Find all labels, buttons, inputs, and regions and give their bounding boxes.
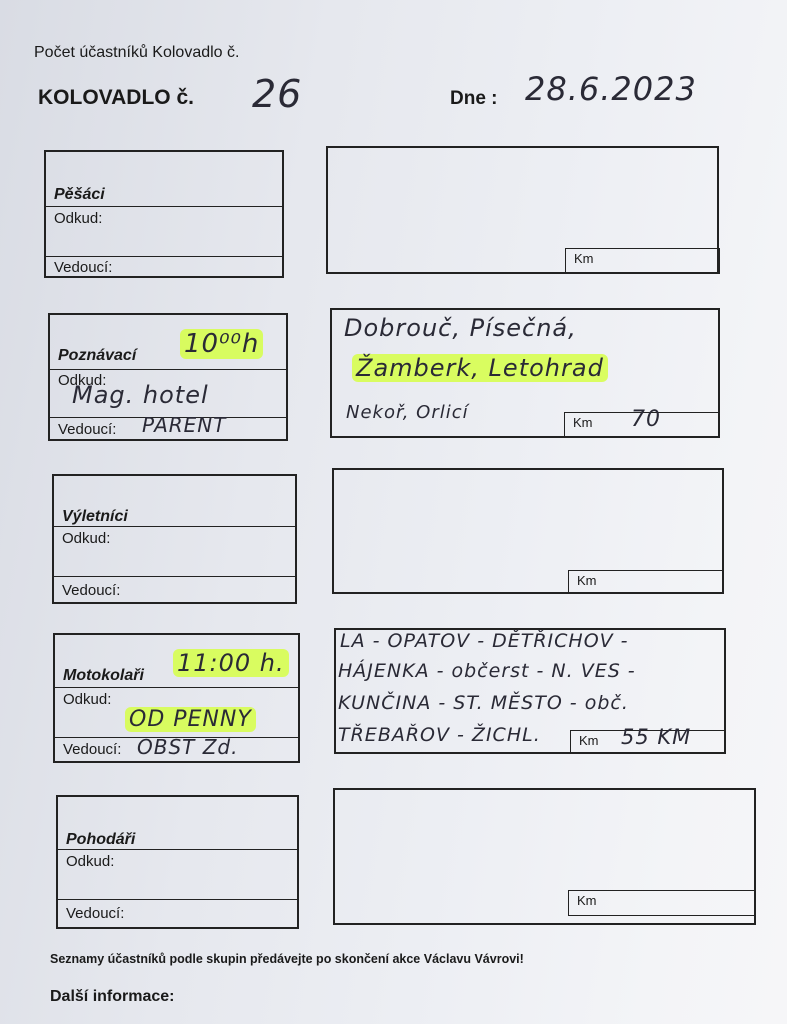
handover-notice: Seznamy účastníků podle skupin předávejt… <box>50 952 524 966</box>
leader-label: Vedoucí: <box>58 421 116 438</box>
group-pesaci-route-box[interactable]: Km <box>326 146 719 274</box>
group-from[interactable]: Mag. hotel <box>72 381 209 409</box>
group-leader[interactable]: OBST Zd. <box>137 735 239 759</box>
route-line: TŘEBAŘOV - ŽICHL. <box>338 724 541 746</box>
group-time[interactable]: 10⁰⁰h <box>180 329 263 359</box>
km-field[interactable]: Km 55 KM <box>570 730 726 754</box>
group-pohodari-route-box[interactable]: Km <box>333 788 756 925</box>
group-time[interactable]: 11:00 h. <box>173 649 289 677</box>
route-text: LA - OPATOV - DĚTŘICHOV - <box>340 630 629 652</box>
leader-label: Vedoucí: <box>63 741 121 758</box>
kolovadlo-label: KOLOVADLO č. <box>38 86 194 110</box>
group-pohodari-card: Pohodáři Odkud: Vedoucí: <box>56 795 299 929</box>
more-info-label: Další informace: <box>50 988 174 1006</box>
from-label: Odkud: <box>62 530 110 547</box>
group-from[interactable]: OD PENNY <box>125 707 256 732</box>
group-name: Výletníci <box>62 508 128 526</box>
route-line: Nekoř, Orlicí <box>346 402 469 423</box>
form-subtitle: Počet účastníků Kolovadlo č. <box>34 44 239 62</box>
km-label: Km <box>577 573 597 588</box>
group-name: Poznávací <box>58 347 136 365</box>
route-line: LA - OPATOV - DĚTŘICHOV - <box>340 630 629 652</box>
group-motokolari-route-box[interactable]: LA - OPATOV - DĚTŘICHOV - HÁJENKA - obče… <box>334 628 726 754</box>
from-label: Odkud: <box>63 691 111 708</box>
leader-label: Vedoucí: <box>62 582 120 599</box>
group-name: Motokolaři <box>63 667 144 685</box>
group-pesaci-card: Pěšáci Odkud: Vedoucí: <box>44 150 284 278</box>
km-field[interactable]: Km <box>568 890 756 916</box>
km-value: 55 KM <box>621 725 691 749</box>
km-field[interactable]: Km <box>565 248 720 274</box>
from-label: Odkud: <box>66 853 114 870</box>
km-field[interactable]: Km <box>568 570 724 594</box>
route-line: HÁJENKA - občerst - N. VES - <box>338 660 636 682</box>
kolovadlo-number[interactable]: 26 <box>252 72 302 116</box>
leader-label: Vedoucí: <box>66 905 124 922</box>
km-label: Km <box>573 415 593 430</box>
km-value: 70 <box>631 407 661 432</box>
date-label: Dne : <box>450 88 498 110</box>
group-leader[interactable]: PARENT <box>142 413 226 437</box>
group-name: Pěšáci <box>54 186 105 204</box>
group-vyletnici-card: Výletníci Odkud: Vedoucí: <box>52 474 297 604</box>
date-value[interactable]: 28.6.2023 <box>525 70 697 108</box>
km-field[interactable]: Km 70 <box>564 412 720 438</box>
route-line: KUNČINA - ST. MĚSTO - obč. <box>338 692 629 714</box>
from-label: Odkud: <box>54 210 102 227</box>
group-vyletnici-route-box[interactable]: Km <box>332 468 724 594</box>
route-line: Dobrouč, Písečná, <box>344 314 577 342</box>
leader-label: Vedoucí: <box>54 259 112 276</box>
group-motokolari-card: Motokolaři 11:00 h. Odkud: OD PENNY Vedo… <box>53 633 300 763</box>
route-line: Žamberk, Letohrad <box>352 354 608 382</box>
group-name: Pohodáři <box>66 831 135 849</box>
group-poznavaci-card: Poznávací 10⁰⁰h Odkud: Mag. hotel Vedouc… <box>48 313 288 441</box>
km-label: Km <box>577 893 597 908</box>
km-label: Km <box>574 251 594 266</box>
km-label: Km <box>579 733 599 748</box>
group-poznavaci-route-box[interactable]: Dobrouč, Písečná, Žamberk, Letohrad Neko… <box>330 308 720 438</box>
